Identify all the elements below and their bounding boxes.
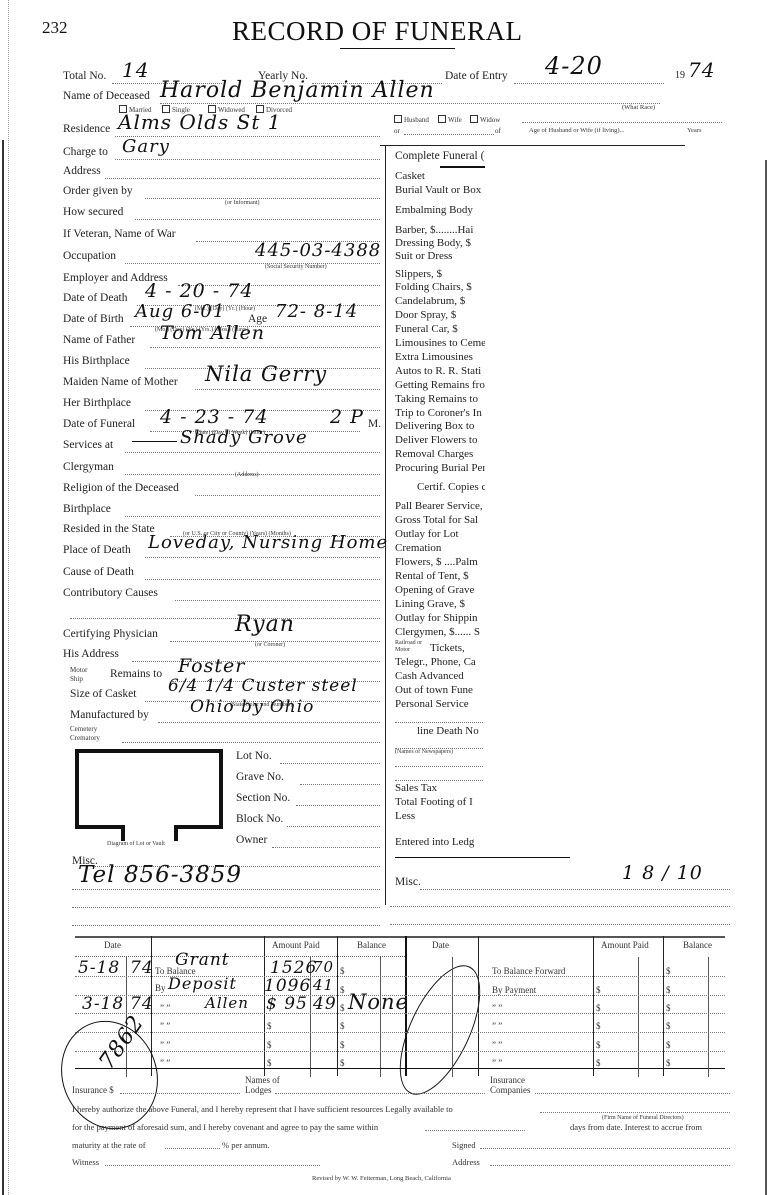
witness-label: Witness bbox=[72, 1157, 99, 1167]
charge-item: Tickets, bbox=[430, 642, 485, 654]
charge-item: Gross Total for Sal bbox=[395, 514, 485, 526]
date-of-entry-value[interactable]: 4-20 bbox=[545, 52, 603, 80]
lot-diagram-base-right bbox=[174, 825, 223, 829]
ledger-left-col2 bbox=[264, 936, 265, 1076]
checkbox-husband[interactable] bbox=[394, 115, 402, 123]
ledger-amount[interactable]: $ 95 bbox=[266, 994, 308, 1014]
ledger-right-row-line bbox=[405, 995, 725, 996]
clergyman-label: Clergyman bbox=[63, 461, 114, 473]
block-no-label: Block No. bbox=[236, 813, 283, 825]
cemetery-line bbox=[122, 742, 380, 743]
ledger-top-rule bbox=[75, 936, 725, 938]
cause-of-death-label: Cause of Death bbox=[63, 566, 134, 578]
charge-item: Candelabrum, $ bbox=[395, 295, 485, 307]
owner-line bbox=[272, 847, 380, 848]
page-number: 232 bbox=[42, 18, 68, 38]
ledger-right-date-header: Date bbox=[432, 940, 449, 950]
page-edge-left bbox=[2, 140, 4, 1195]
charge-item: Procuring Burial Per bbox=[395, 462, 485, 474]
lot-no-line bbox=[280, 763, 380, 764]
misc-right-line-3 bbox=[390, 924, 730, 925]
rate-value-line bbox=[165, 1148, 220, 1149]
charge-item: Limousines to Cemet bbox=[395, 337, 485, 349]
grave-no-label: Grave No. bbox=[236, 771, 284, 783]
date-of-entry-label: Date of Entry bbox=[445, 70, 508, 82]
her-birthplace-label: Her Birthplace bbox=[63, 397, 131, 409]
charge-item: Dressing Body, $ bbox=[395, 237, 485, 249]
ledger-balance-sign: $ bbox=[340, 966, 345, 976]
charge-item: line Death No bbox=[395, 725, 485, 737]
his-address-line bbox=[132, 661, 380, 662]
charge-item: Outlay for Lot bbox=[395, 528, 485, 540]
charge-item: Folding Chairs, $ bbox=[395, 281, 485, 293]
lot-diagram-base-left bbox=[75, 825, 125, 829]
residence-value[interactable]: Alms Olds St 1 bbox=[118, 110, 281, 134]
pm-suffix: M. bbox=[368, 418, 381, 430]
grave-no-line bbox=[300, 784, 380, 785]
ledger-amount[interactable]: 1096 bbox=[264, 976, 311, 996]
charge-item: Out of town Fune bbox=[395, 684, 485, 696]
ledger-date[interactable]: 3-18 bbox=[82, 994, 124, 1014]
spouse-widow-label: Widow bbox=[480, 116, 500, 124]
place-of-death-label: Place of Death bbox=[63, 544, 131, 556]
date-of-funeral-label: Date of Funeral bbox=[63, 418, 135, 430]
religion-label: Religion of the Deceased bbox=[63, 482, 179, 494]
spouse-widow[interactable]: Widow bbox=[470, 115, 500, 124]
ledger-amount: $ bbox=[267, 1040, 272, 1050]
clergyman-address-caption: (Address) bbox=[235, 472, 259, 478]
page-title: RECORD OF FUNERAL bbox=[232, 16, 523, 47]
ledger-left-balance-header: Balance bbox=[357, 940, 386, 950]
spouse-wife-label: Wife bbox=[448, 116, 462, 124]
manufactured-value[interactable]: Ohio by Ohio bbox=[190, 697, 314, 717]
lot-diagram-box bbox=[75, 749, 223, 829]
ledger-balance-sign: $ bbox=[340, 1003, 345, 1013]
order-given-line bbox=[145, 198, 380, 199]
ledger-date[interactable]: 5-18 bbox=[78, 958, 120, 978]
age-value[interactable]: 72- 8-14 bbox=[275, 301, 358, 322]
owner-label: Owner bbox=[236, 834, 267, 846]
ledger-right-balance: $ bbox=[666, 1040, 671, 1050]
spouse-race-line bbox=[522, 122, 722, 123]
services-at-line bbox=[125, 452, 380, 453]
date-of-death-value[interactable]: 4 - 20 - 74 bbox=[145, 280, 253, 302]
his-birthplace-label: His Birthplace bbox=[63, 355, 130, 367]
total-no-value[interactable]: 14 bbox=[122, 58, 149, 82]
place-of-death-line bbox=[145, 557, 380, 558]
ledger-left-date-header: Date bbox=[104, 940, 121, 950]
ledger-row-line bbox=[75, 1013, 405, 1014]
ledger-left-col3 bbox=[337, 936, 338, 1076]
spouse-husband-label: Husband bbox=[404, 116, 429, 124]
charge-item: Slippers, $ bbox=[395, 268, 485, 280]
ledger-row-line bbox=[75, 976, 405, 977]
ledger-right-amount-header: Amount Paid bbox=[601, 940, 649, 950]
ledger-balance-sign: $ bbox=[340, 1058, 345, 1068]
ledger-right-col3 bbox=[663, 936, 664, 1076]
ledger-right-bal-col bbox=[708, 957, 709, 1077]
birthplace-line bbox=[125, 516, 380, 517]
ledger-desc-label: ” ” bbox=[160, 1058, 170, 1068]
charge-item: Embalming Body bbox=[395, 204, 485, 216]
block-no-line bbox=[287, 826, 380, 827]
ledger-amount[interactable]: 1526 bbox=[270, 958, 317, 978]
ins-companies-1: Insurance bbox=[490, 1075, 525, 1085]
casket-value[interactable]: 6/4 1/4 Custer steel bbox=[168, 676, 358, 696]
religion-line bbox=[195, 495, 380, 496]
ledger-right-col2 bbox=[593, 936, 594, 1076]
motor-label: Motor bbox=[70, 666, 88, 674]
ledger-amount: $ bbox=[267, 1058, 272, 1068]
ledger-right-balance: $ bbox=[666, 966, 671, 976]
charge-item: Burial Vault or Box bbox=[395, 184, 485, 196]
payment-line-a: for the payment of aforesaid sum, and I … bbox=[72, 1122, 378, 1132]
charge-item: Removal Charges bbox=[395, 448, 485, 460]
days-line bbox=[425, 1130, 525, 1131]
charges-top-rule bbox=[380, 145, 685, 146]
ship-label: Ship bbox=[70, 675, 83, 683]
ledger-cents[interactable]: 41 bbox=[313, 976, 334, 994]
charge-item: Clergymen, $...... S bbox=[395, 626, 485, 638]
insurance-line bbox=[120, 1093, 240, 1094]
maiden-name-line bbox=[195, 389, 380, 390]
physician-value[interactable]: Ryan bbox=[235, 612, 295, 637]
ledger-desc[interactable]: Deposit bbox=[168, 974, 237, 993]
ledger-desc-label: By bbox=[155, 983, 166, 993]
ledger-right-balance: $ bbox=[666, 1021, 671, 1031]
cemetery-label: Cemetery bbox=[70, 725, 97, 733]
resided-in-state-label: Resided in the State bbox=[63, 523, 155, 535]
insurance-label: Insurance $ bbox=[72, 1085, 114, 1095]
ledger-year[interactable]: 74 bbox=[130, 994, 154, 1014]
name-of-father-value[interactable]: Tom Allen bbox=[160, 322, 265, 344]
charge-item: Autos to R. R. Stati bbox=[395, 365, 485, 377]
date-of-death-label: Date of Death bbox=[63, 292, 128, 304]
informant-caption: (or Informant) bbox=[225, 200, 260, 206]
spouse-name-line bbox=[404, 134, 494, 135]
contributory-line bbox=[175, 600, 380, 601]
funeral-underline bbox=[440, 166, 485, 168]
signed-line bbox=[480, 1148, 730, 1149]
services-at-value[interactable]: Shady Grove bbox=[180, 427, 308, 448]
ledger-desc-label: ” ” bbox=[160, 1040, 170, 1050]
address-label-footer: Address bbox=[452, 1157, 480, 1167]
ledger-right-row-line bbox=[405, 1013, 725, 1014]
how-secured-line bbox=[135, 219, 380, 220]
charge-item: Taking Remains to bbox=[395, 393, 485, 405]
lot-diagram-gate-left bbox=[121, 825, 125, 841]
ledger-left-header-rule bbox=[75, 956, 405, 957]
remains-to-label: Remains to bbox=[110, 668, 162, 680]
ledger-right-row-line bbox=[405, 1032, 725, 1033]
charge-blank-line bbox=[395, 722, 483, 723]
how-secured-label: How secured bbox=[63, 206, 123, 218]
railroad-label: Railroad or Motor bbox=[395, 640, 425, 654]
charges-left-rule bbox=[385, 145, 386, 905]
date-of-birth-value[interactable]: Aug 6-01 bbox=[135, 301, 225, 322]
place-of-death-value[interactable]: Loveday, Nursing Home bbox=[148, 532, 388, 553]
charge-item: Opening of Grave bbox=[395, 584, 485, 596]
charge-item: Cremation bbox=[395, 542, 485, 554]
lodges-line bbox=[275, 1093, 485, 1094]
contributory-line-2 bbox=[70, 618, 380, 619]
manufactured-by-label: Manufactured by bbox=[70, 709, 149, 721]
lot-no-label: Lot No. bbox=[236, 750, 272, 762]
rate-suffix: % per annum. bbox=[222, 1140, 269, 1150]
occupation-label: Occupation bbox=[63, 250, 116, 262]
birthplace-label: Birthplace bbox=[63, 503, 111, 515]
ledger-year[interactable]: 74 bbox=[130, 958, 154, 978]
spouse-of-label: of bbox=[495, 127, 501, 135]
year-prefix: 19 bbox=[675, 70, 685, 81]
ledger-desc-label: ” ” bbox=[160, 1003, 170, 1013]
ledger-balance-sign: $ bbox=[340, 985, 345, 995]
ssn-caption: (Social Security Number) bbox=[265, 264, 327, 270]
section-no-label: Section No. bbox=[236, 792, 290, 804]
name-line bbox=[160, 103, 660, 104]
race-caption: (What Race) bbox=[622, 104, 655, 111]
charge-item: Less bbox=[395, 810, 485, 822]
size-of-casket-label: Size of Casket bbox=[70, 688, 136, 700]
charge-item: Trip to Coroner's In bbox=[395, 407, 485, 419]
year-value[interactable]: 74 bbox=[688, 58, 715, 82]
charge-item: Certif. Copies c bbox=[395, 481, 485, 493]
name-of-father-line bbox=[150, 347, 380, 348]
ledger-right-balance: $ bbox=[666, 1003, 671, 1013]
charge-item: Delivering Box to bbox=[395, 420, 485, 432]
date-of-funeral-value[interactable]: 4 - 23 - 74 bbox=[160, 406, 268, 428]
lodges-label-1: Names of bbox=[245, 1075, 280, 1085]
ledger-right-balance: $ bbox=[666, 1058, 671, 1068]
lodges-label-2: Lodges bbox=[245, 1085, 272, 1095]
ins-companies-2: Companies bbox=[490, 1085, 531, 1095]
date-of-birth-label: Date of Birth bbox=[63, 313, 124, 325]
occupation-line bbox=[125, 263, 380, 264]
misc-left-line-4 bbox=[72, 925, 380, 926]
ledger-rule bbox=[395, 857, 570, 858]
misc-right-line bbox=[420, 889, 730, 890]
maiden-name-label: Maiden Name of Mother bbox=[63, 376, 178, 388]
charge-to-value[interactable]: Gary bbox=[122, 136, 170, 157]
ledger-right-amount: $ bbox=[596, 1021, 601, 1031]
strikethrough-mark bbox=[132, 441, 177, 442]
ledger-desc[interactable]: Allen bbox=[205, 994, 249, 1012]
years-label: Years bbox=[687, 127, 702, 134]
certifying-physician-label: Certifying Physician bbox=[63, 628, 158, 640]
ins-companies-line bbox=[535, 1093, 730, 1094]
name-of-deceased-label: Name of Deceased bbox=[63, 90, 150, 102]
charge-item: Sales Tax bbox=[395, 782, 485, 794]
ledger-right-amount: $ bbox=[596, 1003, 601, 1013]
misc-right-label: Misc. bbox=[395, 876, 421, 888]
charge-item: Rental of Tent, $ bbox=[395, 570, 485, 582]
residence-label: Residence bbox=[63, 123, 110, 135]
charge-blank-line-3 bbox=[395, 766, 483, 767]
charge-item: Funeral Car, $ bbox=[395, 323, 485, 335]
checkbox-widow[interactable] bbox=[470, 115, 478, 123]
charge-item: Flowers, $ ....Palm bbox=[395, 556, 485, 568]
signed-label: Signed bbox=[452, 1140, 476, 1150]
ledger-desc[interactable]: Grant bbox=[175, 950, 230, 970]
ledger-right-amount: $ bbox=[596, 985, 601, 995]
name-of-father-label: Name of Father bbox=[63, 334, 135, 346]
charge-item: Door Spray, $ bbox=[395, 309, 485, 321]
misc-left-line-3 bbox=[72, 907, 380, 908]
address-line bbox=[105, 178, 380, 179]
ledger-balance-sign: $ bbox=[340, 1021, 345, 1031]
ledger-right-amount: $ bbox=[596, 1058, 601, 1068]
misc-left-value[interactable]: Tel 856-3859 bbox=[78, 862, 242, 888]
ledger-right-desc: To Balance Forward bbox=[492, 966, 565, 976]
revised-credit: Revised by W. W. Feiterman, Long Beach, … bbox=[312, 1175, 451, 1182]
rate-line: maturity at the rate of bbox=[72, 1140, 146, 1150]
authorize-line: I hereby authorize the above Funeral, an… bbox=[72, 1104, 453, 1114]
date-of-entry-line bbox=[514, 83, 664, 84]
ledger-right-desc: By Payment bbox=[492, 985, 536, 995]
lot-diagram-caption: Diagram of Lot or Vault bbox=[107, 841, 165, 847]
director-caption: (Firm Name of Funeral Directors) bbox=[602, 1115, 684, 1121]
ledger-right-desc: ” ” bbox=[492, 1058, 502, 1068]
charge-item: Outlay for Shippin bbox=[395, 612, 485, 624]
services-at-label: Services at bbox=[63, 439, 113, 451]
ledger-cents[interactable]: 70 bbox=[313, 958, 334, 976]
coroner-caption: (or Coroner) bbox=[255, 642, 285, 648]
ledger-amount: $ bbox=[267, 1021, 272, 1031]
ledger-left-bal-col bbox=[380, 957, 381, 1077]
charge-item: Total Footing of I bbox=[395, 796, 485, 808]
charge-item: Entered into Ledg bbox=[395, 836, 485, 848]
contributory-causes-label: Contributory Causes bbox=[63, 587, 158, 599]
spouse-or-label: or bbox=[394, 127, 400, 135]
misc-right-value[interactable]: 1 8 / 10 bbox=[622, 862, 703, 884]
ledger-right-row-line bbox=[405, 976, 725, 977]
page-edge-dotted bbox=[8, 0, 9, 1195]
misc-right-line-2 bbox=[390, 906, 730, 907]
charge-item: Lining Grave, $ bbox=[395, 598, 485, 610]
spouse-wife[interactable]: Wife bbox=[438, 115, 462, 124]
ledger-right-amount: $ bbox=[596, 1040, 601, 1050]
funeral-hour-value[interactable]: 2 P bbox=[330, 406, 364, 428]
ledger-right-desc: ” ” bbox=[492, 1040, 502, 1050]
ledger-desc-label: ” ” bbox=[160, 1021, 170, 1031]
total-no-label: Total No. bbox=[63, 70, 106, 82]
order-given-by-label: Order given by bbox=[63, 185, 133, 197]
charge-to-label: Charge to bbox=[63, 146, 108, 158]
charge-item: Barber, $........Hai bbox=[395, 224, 485, 236]
ledger-right-col1 bbox=[478, 936, 479, 1076]
deceased-name-value[interactable]: Harold Benjamin Allen bbox=[160, 78, 435, 103]
newspapers-caption: (Names of Newspapers) bbox=[395, 749, 453, 755]
charge-item: Getting Remains fro bbox=[395, 379, 485, 391]
ledger-balance-sign: $ bbox=[340, 1040, 345, 1050]
ledger-right-desc: ” ” bbox=[492, 1003, 502, 1013]
lot-diagram-gate-right bbox=[174, 825, 178, 841]
remains-to-value[interactable]: Foster bbox=[178, 655, 245, 677]
ledger-right-cents-col bbox=[638, 957, 639, 1077]
address-label: Address bbox=[63, 165, 101, 177]
payment-line-b: days from date. Interest to accrue from bbox=[570, 1122, 702, 1132]
page-edge-right bbox=[765, 160, 767, 1195]
title-underline bbox=[340, 48, 455, 49]
charge-item: Suit or Dress bbox=[395, 250, 485, 262]
ledger-cents[interactable]: 49 bbox=[313, 994, 337, 1014]
his-address-label: His Address bbox=[63, 648, 119, 660]
ledger-right-balance: $ bbox=[666, 985, 671, 995]
charge-item: Personal Service bbox=[395, 698, 485, 710]
charge-item: Casket bbox=[395, 170, 485, 182]
address-line-footer bbox=[490, 1165, 730, 1166]
charge-item: Extra Limousines bbox=[395, 351, 485, 363]
charge-item: Complete Funeral (exc bbox=[395, 150, 485, 162]
charge-to-line bbox=[115, 159, 380, 160]
charge-blank-line-4 bbox=[395, 780, 483, 781]
charge-item: Deliver Flowers to bbox=[395, 434, 485, 446]
spouse-age-label: Age of Husband or Wife (if living)... bbox=[529, 127, 624, 134]
ledger-balance[interactable]: None bbox=[348, 990, 409, 1014]
ledger-right-desc: ” ” bbox=[492, 1021, 502, 1031]
crematory-label: Crematory bbox=[70, 734, 100, 742]
veteran-label: If Veteran, Name of War bbox=[63, 228, 176, 240]
charge-item: Pall Bearer Service, bbox=[395, 500, 485, 512]
maiden-name-value[interactable]: Nila Gerry bbox=[205, 362, 327, 386]
misc-left-line-2 bbox=[72, 889, 380, 890]
ledger-left-amount-header: Amount Paid bbox=[272, 940, 320, 950]
director-line bbox=[540, 1112, 730, 1113]
spouse-husband[interactable]: Husband bbox=[394, 115, 429, 124]
section-no-line bbox=[296, 805, 380, 806]
manufactured-line bbox=[158, 722, 380, 723]
ledger-right-balance-header: Balance bbox=[683, 940, 712, 950]
checkbox-wife[interactable] bbox=[438, 115, 446, 123]
witness-line bbox=[105, 1165, 320, 1166]
charge-item: Cash Advanced bbox=[395, 670, 485, 682]
ledger-right-yr-col bbox=[452, 957, 453, 1077]
ssn-value[interactable]: 445-03-4388 bbox=[255, 240, 381, 261]
charge-item: Telegr., Phone, Ca bbox=[395, 656, 485, 668]
cause-of-death-line bbox=[145, 579, 380, 580]
ledger-right-row-line bbox=[405, 1051, 725, 1052]
